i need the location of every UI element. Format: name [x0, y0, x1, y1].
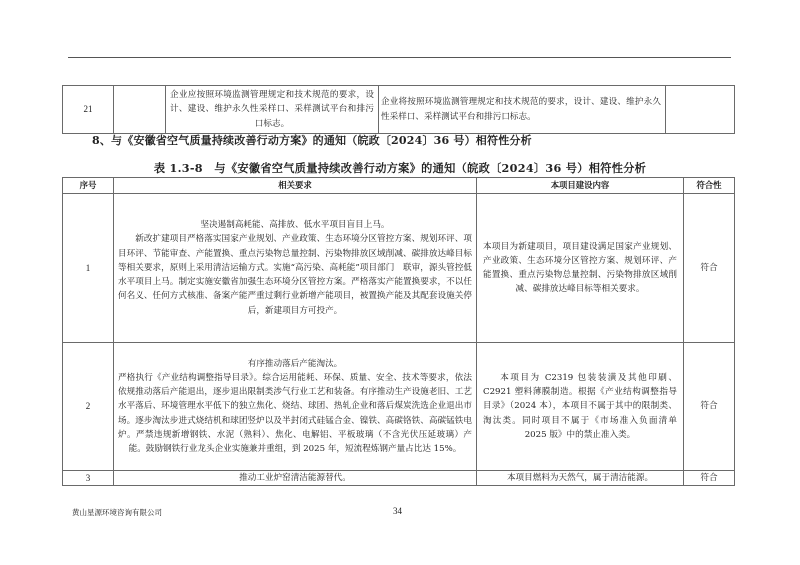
section-heading: 8、与《安徽省空气质量持续改善行动方案》的通知（皖政〔2024〕36 号）相符性… — [92, 132, 532, 148]
table-caption: 表 1.3-8 与《安徽省空气质量持续改善行动方案》的通知（皖政〔2024〕36… — [0, 160, 800, 176]
compliance-cell: 符合 — [684, 194, 735, 343]
requirement-cell: 有序推动落后产能淘汰。 严格执行《产业结构调整指导目录》。综合运用能耗、环保、质… — [114, 343, 477, 471]
compliance-table: 序号 相关要求 本项目建设内容 符合性 1 坚决遏制高耗能、高排放、低水平项目盲… — [62, 177, 735, 486]
project-cell: 本项目燃料为天然气，属于清洁能源。 — [477, 471, 684, 486]
page-number: 34 — [393, 506, 402, 516]
table-row: 2 有序推动落后产能淘汰。 严格执行《产业结构调整指导目录》。综合运用能耗、环保… — [63, 343, 735, 471]
previous-table-continuation: 21 企业应按照环境监测管理规定和技术规范的要求，设计、建设、维护永久性采样口、… — [62, 85, 735, 134]
table-row: 21 企业应按照环境监测管理规定和技术规范的要求，设计、建设、维护永久性采样口、… — [63, 86, 735, 134]
requirement-cell: 坚决遏制高耗能、高排放、低水平项目盲目上马。 新改扩建项目严格落实国家产业规划、… — [114, 194, 477, 343]
project-cell: 本项目为 C2319 包装装潢及其他印刷、C2921 塑料薄膜制造。根据《产业结… — [477, 343, 684, 471]
requirement-body: 新改扩建项目严格落实国家产业规划、产业政策、生态环境分区管控方案、规划环评、项目… — [118, 232, 472, 317]
requirement-title: 有序推动落后产能淘汰。 — [118, 357, 472, 371]
table-header-row: 序号 相关要求 本项目建设内容 符合性 — [63, 178, 735, 194]
row-number: 1 — [63, 194, 114, 343]
header-rule — [68, 57, 731, 58]
footer-company: 黄山星源环境咨询有限公司 — [72, 507, 162, 518]
project-cell: 企业将按照环境监测管理规定和技术规范的要求，设计、建设、维护永久性采样口、采样测… — [379, 86, 666, 134]
header-project: 本项目建设内容 — [477, 178, 684, 194]
header-no: 序号 — [63, 178, 114, 194]
requirement-body: 严格执行《产业结构调整指导目录》。综合运用能耗、环保、质量、安全、技术等要求，依… — [118, 371, 472, 456]
table-row: 3 推动工业炉窑清洁能源替代。 本项目燃料为天然气，属于清洁能源。 符合 — [63, 471, 735, 486]
requirement-cell: 企业应按照环境监测管理规定和技术规范的要求，设计、建设、维护永久性采样口、采样测… — [166, 86, 379, 134]
row-number: 3 — [63, 471, 114, 486]
project-cell: 本项目为新建项目，项目建设满足国家产业规划、产业政策、生态环境分区管控方案、规划… — [477, 194, 684, 343]
header-requirement: 相关要求 — [114, 178, 477, 194]
requirement-cell: 推动工业炉窑清洁能源替代。 — [114, 471, 477, 486]
requirement-title: 坚决遏制高耗能、高排放、低水平项目盲目上马。 — [118, 218, 472, 232]
compliance-cell: 符合 — [684, 471, 735, 486]
row-number: 2 — [63, 343, 114, 471]
empty-cell — [114, 86, 166, 134]
header-compliance: 符合性 — [684, 178, 735, 194]
compliance-cell: 符合 — [684, 343, 735, 471]
table-row: 1 坚决遏制高耗能、高排放、低水平项目盲目上马。 新改扩建项目严格落实国家产业规… — [63, 194, 735, 343]
row-number: 21 — [63, 86, 114, 134]
compliance-cell — [666, 86, 735, 134]
